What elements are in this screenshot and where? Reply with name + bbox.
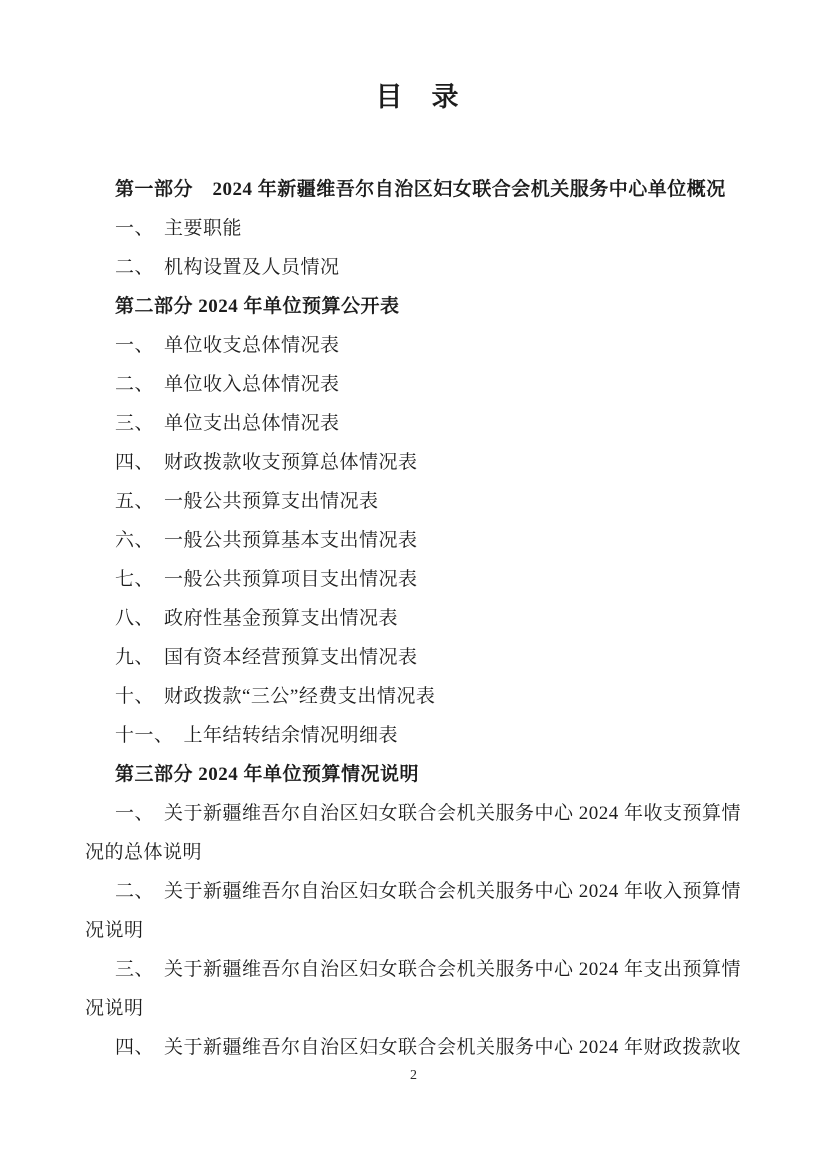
toc-item-continuation: 况说明 (85, 911, 750, 950)
toc-item: 四、 财政拨款收支预算总体情况表 (85, 443, 750, 482)
toc-item-continuation: 况说明 (85, 989, 750, 1028)
toc-item: 二、 单位收入总体情况表 (85, 365, 750, 404)
toc-item: 二、 机构设置及人员情况 (85, 248, 750, 287)
toc-item: 三、 单位支出总体情况表 (85, 404, 750, 443)
toc-section-heading: 第二部分 2024 年单位预算公开表 (85, 287, 750, 326)
toc-item: 一、 单位收支总体情况表 (85, 326, 750, 365)
page-number: 2 (0, 1066, 827, 1086)
page-content: 目 录 第一部分 2024 年新疆维吾尔自治区妇女联合会机关服务中心单位概况一、… (85, 0, 750, 1067)
toc-item: 八、 政府性基金预算支出情况表 (85, 599, 750, 638)
toc-item: 九、 国有资本经营预算支出情况表 (85, 638, 750, 677)
toc-item: 十一、 上年结转结余情况明细表 (85, 716, 750, 755)
toc-item: 十、 财政拨款“三公”经费支出情况表 (85, 677, 750, 716)
toc-item: 五、 一般公共预算支出情况表 (85, 482, 750, 521)
toc: 第一部分 2024 年新疆维吾尔自治区妇女联合会机关服务中心单位概况一、 主要职… (85, 170, 750, 1067)
toc-section-heading: 第三部分 2024 年单位预算情况说明 (85, 755, 750, 794)
toc-section-heading: 第一部分 2024 年新疆维吾尔自治区妇女联合会机关服务中心单位概况 (85, 170, 750, 209)
toc-item: 一、 主要职能 (85, 209, 750, 248)
toc-item: 三、 关于新疆维吾尔自治区妇女联合会机关服务中心 2024 年支出预算情 (85, 950, 750, 989)
document-page: 目 录 第一部分 2024 年新疆维吾尔自治区妇女联合会机关服务中心单位概况一、… (0, 0, 827, 1170)
toc-item: 一、 关于新疆维吾尔自治区妇女联合会机关服务中心 2024 年收支预算情 (85, 794, 750, 833)
toc-item: 四、 关于新疆维吾尔自治区妇女联合会机关服务中心 2024 年财政拨款收 (85, 1028, 750, 1067)
toc-item-continuation: 况的总体说明 (85, 833, 750, 872)
page-title: 目 录 (85, 80, 750, 114)
toc-item: 二、 关于新疆维吾尔自治区妇女联合会机关服务中心 2024 年收入预算情 (85, 872, 750, 911)
toc-item: 七、 一般公共预算项目支出情况表 (85, 560, 750, 599)
toc-item: 六、 一般公共预算基本支出情况表 (85, 521, 750, 560)
